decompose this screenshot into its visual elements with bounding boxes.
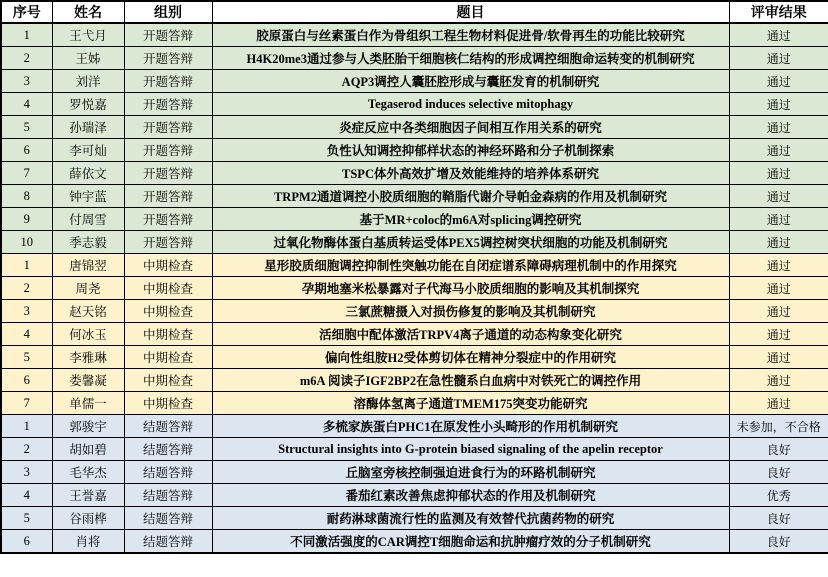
result-cell[interactable]: 通过 bbox=[729, 93, 828, 116]
row-index-cell[interactable]: 5 bbox=[1, 507, 52, 530]
name-cell[interactable]: 娄馨凝 bbox=[52, 369, 124, 392]
row-index-cell[interactable]: 2 bbox=[1, 438, 52, 461]
table-row: 2王姊开题答辩H4K20me3通过参与人类胚胎干细胞核仁结构的形成调控细胞命运转… bbox=[1, 47, 828, 70]
row-index-cell[interactable]: 1 bbox=[1, 23, 52, 47]
name-cell[interactable]: 毛华杰 bbox=[52, 461, 124, 484]
row-index-cell[interactable]: 6 bbox=[1, 530, 52, 554]
group-cell[interactable]: 开题答辩 bbox=[124, 162, 212, 185]
name-cell[interactable]: 李可灿 bbox=[52, 139, 124, 162]
name-cell[interactable]: 王姊 bbox=[52, 47, 124, 70]
group-cell[interactable]: 开题答辩 bbox=[124, 93, 212, 116]
result-cell[interactable]: 通过 bbox=[729, 47, 828, 70]
group-cell[interactable]: 结题答辩 bbox=[124, 484, 212, 507]
title-cell[interactable]: 不同激活强度的CAR调控T细胞命运和抗肿瘤疗效的分子机制研究 bbox=[212, 530, 729, 554]
result-cell[interactable]: 通过 bbox=[729, 369, 828, 392]
name-cell[interactable]: 刘洋 bbox=[52, 70, 124, 93]
title-cell[interactable]: 番茄红素改善焦虑抑郁状态的作用及机制研究 bbox=[212, 484, 729, 507]
title-cell[interactable]: 星形胶质细胞调控抑制性突触功能在自闭症谱系障碍病理机制中的作用探究 bbox=[212, 254, 729, 277]
group-cell[interactable]: 结题答辩 bbox=[124, 415, 212, 438]
result-cell[interactable]: 优秀 bbox=[729, 484, 828, 507]
table-row: 5李雅琳中期检查偏向性组胺H2受体剪切体在精神分裂症中的作用研究通过 bbox=[1, 346, 828, 369]
table-row: 2周尧中期检查孕期地塞米松暴露对子代海马小胶质细胞的影响及其机制探究通过 bbox=[1, 277, 828, 300]
row-index-cell[interactable]: 4 bbox=[1, 323, 52, 346]
group-cell[interactable]: 中期检查 bbox=[124, 300, 212, 323]
header-cell-index[interactable]: 序号 bbox=[1, 1, 52, 23]
title-cell[interactable]: m6A 阅读子IGF2BP2在急性髓系白血病中对铁死亡的调控作用 bbox=[212, 369, 729, 392]
result-cell[interactable]: 通过 bbox=[729, 254, 828, 277]
group-cell[interactable]: 结题答辩 bbox=[124, 530, 212, 554]
result-cell[interactable]: 通过 bbox=[729, 323, 828, 346]
title-cell[interactable]: AQP3调控人囊胚腔形成与囊胚发育的机制研究 bbox=[212, 70, 729, 93]
name-cell[interactable]: 钟宇蓝 bbox=[52, 185, 124, 208]
table-row: 1唐锦翌中期检查星形胶质细胞调控抑制性突触功能在自闭症谱系障碍病理机制中的作用探… bbox=[1, 254, 828, 277]
name-cell[interactable]: 孙瑞泽 bbox=[52, 116, 124, 139]
table-row: 6娄馨凝中期检查m6A 阅读子IGF2BP2在急性髓系白血病中对铁死亡的调控作用… bbox=[1, 369, 828, 392]
table-row: 6李可灿开题答辩负性认知调控抑郁样状态的神经环路和分子机制探索通过 bbox=[1, 139, 828, 162]
title-cell[interactable]: 胶原蛋白与丝素蛋白作为骨组织工程生物材料促进骨/软骨再生的功能比较研究 bbox=[212, 23, 729, 47]
table-body: 1王弋月开题答辩胶原蛋白与丝素蛋白作为骨组织工程生物材料促进骨/软骨再生的功能比… bbox=[1, 23, 828, 553]
name-cell[interactable]: 单儒一 bbox=[52, 392, 124, 415]
group-cell[interactable]: 中期检查 bbox=[124, 323, 212, 346]
title-cell[interactable]: H4K20me3通过参与人类胚胎干细胞核仁结构的形成调控细胞命运转变的机制研究 bbox=[212, 47, 729, 70]
name-cell[interactable]: 胡如碧 bbox=[52, 438, 124, 461]
table-row: 3毛华杰结题答辩丘脑室旁核控制强迫进食行为的环路机制研究良好 bbox=[1, 461, 828, 484]
group-cell[interactable]: 开题答辩 bbox=[124, 208, 212, 231]
result-cell[interactable]: 未参加，不合格 bbox=[729, 415, 828, 438]
name-cell[interactable]: 赵天铭 bbox=[52, 300, 124, 323]
row-index-cell[interactable]: 1 bbox=[1, 415, 52, 438]
table-row: 2胡如碧结题答辩Structural insights into G-prote… bbox=[1, 438, 828, 461]
group-cell[interactable]: 中期检查 bbox=[124, 277, 212, 300]
result-cell[interactable]: 通过 bbox=[729, 70, 828, 93]
name-cell[interactable]: 李雅琳 bbox=[52, 346, 124, 369]
row-index-cell[interactable]: 5 bbox=[1, 346, 52, 369]
table-row: 3赵天铭中期检查三氯蔗糖摄入对损伤修复的影响及其机制研究通过 bbox=[1, 300, 828, 323]
row-index-cell[interactable]: 3 bbox=[1, 300, 52, 323]
title-cell[interactable]: 孕期地塞米松暴露对子代海马小胶质细胞的影响及其机制探究 bbox=[212, 277, 729, 300]
group-cell[interactable]: 开题答辩 bbox=[124, 116, 212, 139]
result-cell[interactable]: 通过 bbox=[729, 392, 828, 415]
row-index-cell[interactable]: 8 bbox=[1, 185, 52, 208]
name-cell[interactable]: 付周雪 bbox=[52, 208, 124, 231]
result-cell[interactable]: 良好 bbox=[729, 438, 828, 461]
name-cell[interactable]: 唐锦翌 bbox=[52, 254, 124, 277]
title-cell[interactable]: 炎症反应中各类细胞因子间相互作用关系的研究 bbox=[212, 116, 729, 139]
table-row: 7薛依文开题答辩TSPC体外高效扩增及效能维持的培养体系研究通过 bbox=[1, 162, 828, 185]
row-index-cell[interactable]: 2 bbox=[1, 277, 52, 300]
name-cell[interactable]: 罗悦嘉 bbox=[52, 93, 124, 116]
result-cell[interactable]: 通过 bbox=[729, 346, 828, 369]
title-cell[interactable]: 负性认知调控抑郁样状态的神经环路和分子机制探索 bbox=[212, 139, 729, 162]
result-cell[interactable]: 通过 bbox=[729, 277, 828, 300]
result-cell[interactable]: 通过 bbox=[729, 23, 828, 47]
row-index-cell[interactable]: 7 bbox=[1, 392, 52, 415]
table-row: 9付周雪开题答辩基于MR+coloc的m6A对splicing调控研究通过 bbox=[1, 208, 828, 231]
result-cell[interactable]: 通过 bbox=[729, 300, 828, 323]
group-cell[interactable]: 开题答辩 bbox=[124, 231, 212, 254]
name-cell[interactable]: 肖将 bbox=[52, 530, 124, 554]
group-cell[interactable]: 结题答辩 bbox=[124, 507, 212, 530]
row-index-cell[interactable]: 10 bbox=[1, 231, 52, 254]
table-row: 5谷雨桦结题答辩耐药淋球菌流行性的监测及有效替代抗菌药物的研究良好 bbox=[1, 507, 828, 530]
title-cell[interactable]: TRPM2通道调控小胶质细胞的鞘脂代谢介导帕金森病的作用及机制研究 bbox=[212, 185, 729, 208]
name-cell[interactable]: 周尧 bbox=[52, 277, 124, 300]
review-results-table: 序号 姓名 组别 题目 评审结果 1王弋月开题答辩胶原蛋白与丝素蛋白作为骨组织工… bbox=[0, 0, 828, 554]
title-cell[interactable]: 活细胞中配体激活TRPV4离子通道的动态构象变化研究 bbox=[212, 323, 729, 346]
title-cell[interactable]: TSPC体外高效扩增及效能维持的培养体系研究 bbox=[212, 162, 729, 185]
row-index-cell[interactable]: 5 bbox=[1, 116, 52, 139]
result-cell[interactable]: 通过 bbox=[729, 116, 828, 139]
result-cell[interactable]: 良好 bbox=[729, 507, 828, 530]
title-cell[interactable]: 多梳家族蛋白PHC1在原发性小头畸形的作用机制研究 bbox=[212, 415, 729, 438]
result-cell[interactable]: 通过 bbox=[729, 162, 828, 185]
group-cell[interactable]: 中期检查 bbox=[124, 392, 212, 415]
result-cell[interactable]: 通过 bbox=[729, 185, 828, 208]
title-cell[interactable]: Structural insights into G-protein biase… bbox=[212, 438, 729, 461]
group-cell[interactable]: 开题答辩 bbox=[124, 23, 212, 47]
table-row: 4何冰玉中期检查活细胞中配体激活TRPV4离子通道的动态构象变化研究通过 bbox=[1, 323, 828, 346]
title-cell[interactable]: 基于MR+coloc的m6A对splicing调控研究 bbox=[212, 208, 729, 231]
name-cell[interactable]: 谷雨桦 bbox=[52, 507, 124, 530]
result-cell[interactable]: 良好 bbox=[729, 461, 828, 484]
result-cell[interactable]: 通过 bbox=[729, 139, 828, 162]
name-cell[interactable]: 季志毅 bbox=[52, 231, 124, 254]
row-index-cell[interactable]: 2 bbox=[1, 47, 52, 70]
title-cell[interactable]: 耐药淋球菌流行性的监测及有效替代抗菌药物的研究 bbox=[212, 507, 729, 530]
result-cell[interactable]: 通过 bbox=[729, 231, 828, 254]
row-index-cell[interactable]: 4 bbox=[1, 484, 52, 507]
table-row: 10季志毅开题答辩过氧化物酶体蛋白基质转运受体PEX5调控树突状细胞的功能及机制… bbox=[1, 231, 828, 254]
title-cell[interactable]: 偏向性组胺H2受体剪切体在精神分裂症中的作用研究 bbox=[212, 346, 729, 369]
name-cell[interactable]: 何冰玉 bbox=[52, 323, 124, 346]
group-cell[interactable]: 结题答辩 bbox=[124, 461, 212, 484]
table-row: 7单儒一中期检查溶酶体氢离子通道TMEM175突变功能研究通过 bbox=[1, 392, 828, 415]
title-cell[interactable]: 过氧化物酶体蛋白基质转运受体PEX5调控树突状细胞的功能及机制研究 bbox=[212, 231, 729, 254]
header-row: 序号 姓名 组别 题目 评审结果 bbox=[1, 1, 828, 23]
group-cell[interactable]: 开题答辩 bbox=[124, 70, 212, 93]
result-cell[interactable]: 通过 bbox=[729, 208, 828, 231]
group-cell[interactable]: 中期检查 bbox=[124, 369, 212, 392]
group-cell[interactable]: 中期检查 bbox=[124, 254, 212, 277]
row-index-cell[interactable]: 6 bbox=[1, 139, 52, 162]
name-cell[interactable]: 郭骏宇 bbox=[52, 415, 124, 438]
table-row: 3刘洋开题答辩AQP3调控人囊胚腔形成与囊胚发育的机制研究通过 bbox=[1, 70, 828, 93]
row-index-cell[interactable]: 3 bbox=[1, 461, 52, 484]
title-cell[interactable]: 丘脑室旁核控制强迫进食行为的环路机制研究 bbox=[212, 461, 729, 484]
header-cell-result[interactable]: 评审结果 bbox=[729, 1, 828, 23]
row-index-cell[interactable]: 7 bbox=[1, 162, 52, 185]
header-cell-group[interactable]: 组别 bbox=[124, 1, 212, 23]
title-cell[interactable]: Tegaserod induces selective mitophagy bbox=[212, 93, 729, 116]
header-cell-name[interactable]: 姓名 bbox=[52, 1, 124, 23]
title-cell[interactable]: 三氯蔗糖摄入对损伤修复的影响及其机制研究 bbox=[212, 300, 729, 323]
row-index-cell[interactable]: 1 bbox=[1, 254, 52, 277]
result-cell[interactable]: 良好 bbox=[729, 530, 828, 554]
table-row: 5孙瑞泽开题答辩炎症反应中各类细胞因子间相互作用关系的研究通过 bbox=[1, 116, 828, 139]
title-cell[interactable]: 溶酶体氢离子通道TMEM175突变功能研究 bbox=[212, 392, 729, 415]
name-cell[interactable]: 王弋月 bbox=[52, 23, 124, 47]
group-cell[interactable]: 开题答辩 bbox=[124, 139, 212, 162]
row-index-cell[interactable]: 4 bbox=[1, 93, 52, 116]
row-index-cell[interactable]: 6 bbox=[1, 369, 52, 392]
table-row: 4王誉嘉结题答辩番茄红素改善焦虑抑郁状态的作用及机制研究优秀 bbox=[1, 484, 828, 507]
name-cell[interactable]: 薛依文 bbox=[52, 162, 124, 185]
row-index-cell[interactable]: 9 bbox=[1, 208, 52, 231]
table-row: 1王弋月开题答辩胶原蛋白与丝素蛋白作为骨组织工程生物材料促进骨/软骨再生的功能比… bbox=[1, 23, 828, 47]
table-row: 4罗悦嘉开题答辩Tegaserod induces selective mito… bbox=[1, 93, 828, 116]
group-cell[interactable]: 中期检查 bbox=[124, 346, 212, 369]
row-index-cell[interactable]: 3 bbox=[1, 70, 52, 93]
header-cell-title[interactable]: 题目 bbox=[212, 1, 729, 23]
group-cell[interactable]: 结题答辩 bbox=[124, 438, 212, 461]
name-cell[interactable]: 王誉嘉 bbox=[52, 484, 124, 507]
table-row: 1郭骏宇结题答辩多梳家族蛋白PHC1在原发性小头畸形的作用机制研究未参加，不合格 bbox=[1, 415, 828, 438]
table-row: 8钟宇蓝开题答辩TRPM2通道调控小胶质细胞的鞘脂代谢介导帕金森病的作用及机制研… bbox=[1, 185, 828, 208]
table-row: 6肖将结题答辩不同激活强度的CAR调控T细胞命运和抗肿瘤疗效的分子机制研究良好 bbox=[1, 530, 828, 554]
group-cell[interactable]: 开题答辩 bbox=[124, 185, 212, 208]
group-cell[interactable]: 开题答辩 bbox=[124, 47, 212, 70]
